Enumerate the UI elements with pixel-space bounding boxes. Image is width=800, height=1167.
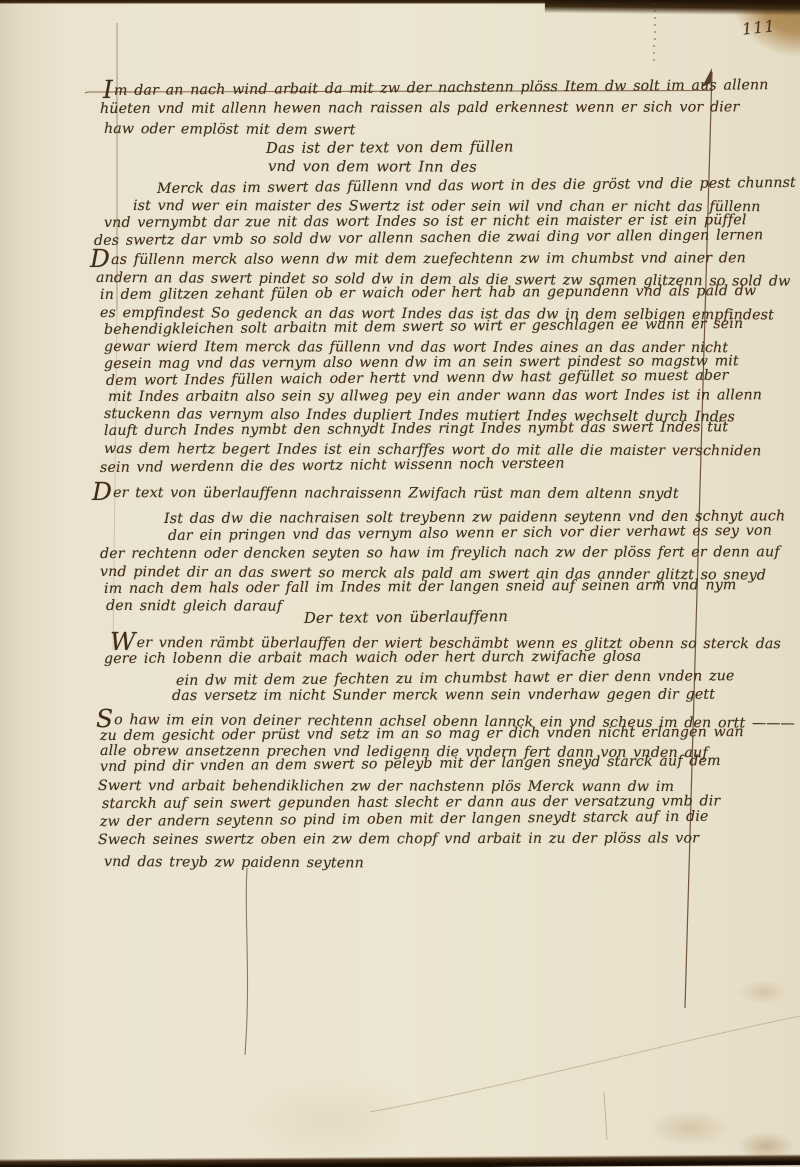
manuscript-line: dar ein pringen vnd das vernym also wenn… xyxy=(168,522,772,545)
line-text: as füllenn merck also wenn dw mit dem zu… xyxy=(111,250,746,268)
manuscript-line: hüeten vnd mit allenn hewen nach raissen… xyxy=(100,98,739,118)
manuscript-line: das versetz im nicht Sunder merck wenn s… xyxy=(172,686,715,705)
manuscript-line: Das füllenn merck also wenn dw mit dem z… xyxy=(90,249,746,269)
manuscript-line: Merck das im swert das füllenn vnd das w… xyxy=(157,174,796,198)
manuscript-line: sein vnd werdenn die des wortz nicht wis… xyxy=(100,455,565,477)
manuscript-line: vnd das treyb zw paidenn seytenn xyxy=(104,853,364,872)
section-heading: Der text von überlauffenn xyxy=(304,608,508,628)
manuscript-line: haw oder emplöst mit dem swert xyxy=(104,120,356,139)
line-text: m dar an nach wind arbait da mit zw der … xyxy=(114,77,769,99)
manuscript-line: Swech seines swertz oben ein zw dem chop… xyxy=(98,829,699,849)
line-text: er text von überlauffenn nachraissenn Zw… xyxy=(113,485,679,502)
manuscript-line: im nach dem hals oder fall im Indes mit … xyxy=(104,576,737,598)
text-block: Im dar an nach wind arbait da mit zw der… xyxy=(0,0,800,1167)
section-heading: Das ist der text von dem füllen xyxy=(266,138,514,158)
manuscript-line: der rechtenn oder dencken seyten so haw … xyxy=(100,543,780,563)
manuscript-page: 111 Im dar an nach wind arbait da mit zw… xyxy=(0,0,800,1167)
manuscript-line: den snidt gleich darauf xyxy=(106,597,282,616)
manuscript-line: gere ich lobenn die arbait mach waich od… xyxy=(104,648,641,668)
section-heading: vnd von dem wort Inn des xyxy=(268,158,477,177)
manuscript-line: lauft durch Indes nymbt den schnydt Inde… xyxy=(104,418,728,440)
manuscript-line: Der text von überlauffenn nachraissenn Z… xyxy=(92,484,679,503)
manuscript-line: mit Indes arbaitn also sein sy allweg pe… xyxy=(108,386,762,406)
initial-capital: D xyxy=(92,477,112,506)
manuscript-line: Im dar an nach wind arbait da mit zw der… xyxy=(103,76,769,100)
manuscript-line: in dem glitzen zehant fülen ob er waich … xyxy=(100,282,756,304)
